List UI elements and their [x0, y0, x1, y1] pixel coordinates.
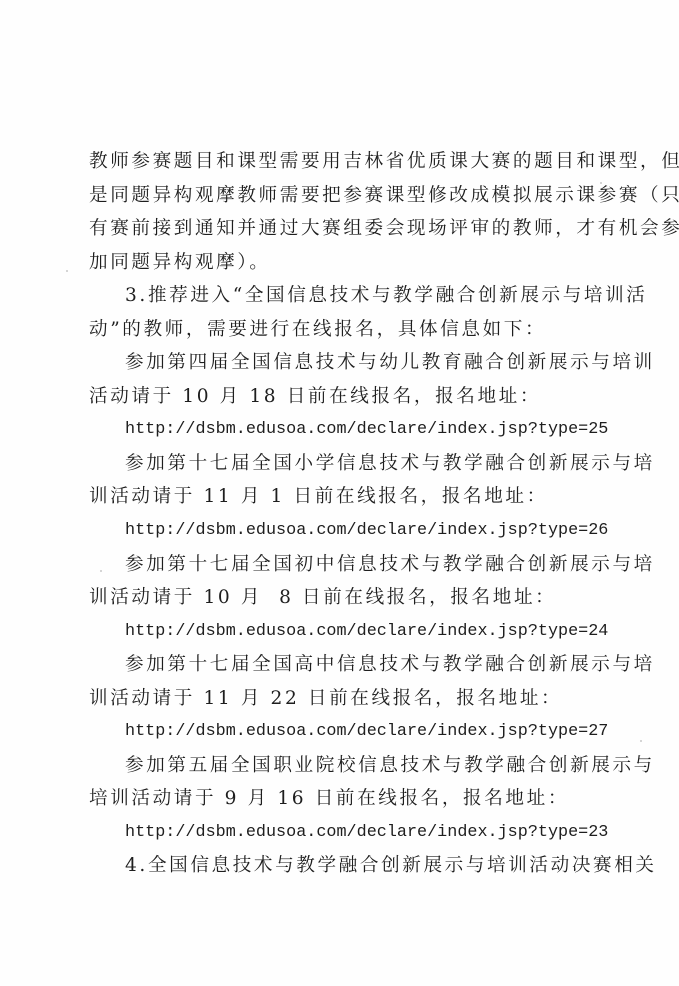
scan-speck — [66, 270, 68, 272]
text-line: 培训活动请于 9 月 16 日前在线报名，报名地址： — [89, 782, 609, 816]
text-line: 参加第四届全国信息技术与幼儿教育融合创新展示与培训 — [89, 346, 609, 380]
paragraph-observation-rules: 教师参赛题目和课型需要用吉林省优质课大赛的题目和课型，但 是同题异构观摩教师需要… — [89, 145, 609, 279]
registration-kindergarten: 参加第四届全国信息技术与幼儿教育融合创新展示与培训 活动请于 10 月 18 日… — [89, 346, 609, 447]
text-line: 参加第十七届全国高中信息技术与教学融合创新展示与培 — [89, 648, 609, 682]
registration-vocational: 参加第五届全国职业院校信息技术与教学融合创新展示与 培训活动请于 9 月 16 … — [89, 749, 609, 850]
text-line: 参加第五届全国职业院校信息技术与教学融合创新展示与 — [89, 749, 609, 783]
text-line: 参加第十七届全国初中信息技术与教学融合创新展示与培 — [89, 548, 609, 582]
text-line: 训活动请于 10 月 8 日前在线报名，报名地址： — [89, 581, 609, 615]
item-3-online-registration: 3.推荐进入“全国信息技术与教学融合创新展示与培训活 动”的教师，需要进行在线报… — [89, 279, 609, 346]
text-line: 有赛前接到通知并通过大赛组委会现场评审的教师，才有机会参 — [89, 212, 609, 246]
document-body: 教师参赛题目和课型需要用吉林省优质课大赛的题目和课型，但 是同题异构观摩教师需要… — [89, 145, 609, 883]
registration-primary-school: 参加第十七届全国小学信息技术与教学融合创新展示与培 训活动请于 11 月 1 日… — [89, 447, 609, 548]
registration-url: http://dsbm.edusoa.com/declare/index.jsp… — [89, 615, 609, 649]
item-4-finals: 4.全国信息技术与教学融合创新展示与培训活动决赛相关 — [89, 849, 609, 883]
text-line: 加同题异构观摩）。 — [89, 246, 609, 280]
registration-senior-high: 参加第十七届全国高中信息技术与教学融合创新展示与培 训活动请于 11 月 22 … — [89, 648, 609, 749]
text-line: 动”的教师，需要进行在线报名，具体信息如下： — [89, 313, 609, 347]
registration-url: http://dsbm.edusoa.com/declare/index.jsp… — [89, 816, 609, 850]
text-line: 训活动请于 11 月 22 日前在线报名，报名地址： — [89, 682, 609, 716]
text-line: 3.推荐进入“全国信息技术与教学融合创新展示与培训活 — [89, 279, 609, 313]
scanned-page: 教师参赛题目和课型需要用吉林省优质课大赛的题目和课型，但 是同题异构观摩教师需要… — [0, 0, 679, 986]
text-line: 训活动请于 11 月 1 日前在线报名，报名地址： — [89, 480, 609, 514]
registration-junior-high: 参加第十七届全国初中信息技术与教学融合创新展示与培 训活动请于 10 月 8 日… — [89, 548, 609, 649]
scan-speck — [640, 740, 642, 742]
text-line: 是同题异构观摩教师需要把参赛课型修改成模拟展示课参赛（只 — [89, 179, 609, 213]
text-line: 活动请于 10 月 18 日前在线报名，报名地址： — [89, 380, 609, 414]
text-line: 教师参赛题目和课型需要用吉林省优质课大赛的题目和课型，但 — [89, 145, 609, 179]
text-line: 参加第十七届全国小学信息技术与教学融合创新展示与培 — [89, 447, 609, 481]
registration-url: http://dsbm.edusoa.com/declare/index.jsp… — [89, 715, 609, 749]
registration-url: http://dsbm.edusoa.com/declare/index.jsp… — [89, 514, 609, 548]
registration-url: http://dsbm.edusoa.com/declare/index.jsp… — [89, 413, 609, 447]
text-line: 4.全国信息技术与教学融合创新展示与培训活动决赛相关 — [89, 849, 609, 883]
